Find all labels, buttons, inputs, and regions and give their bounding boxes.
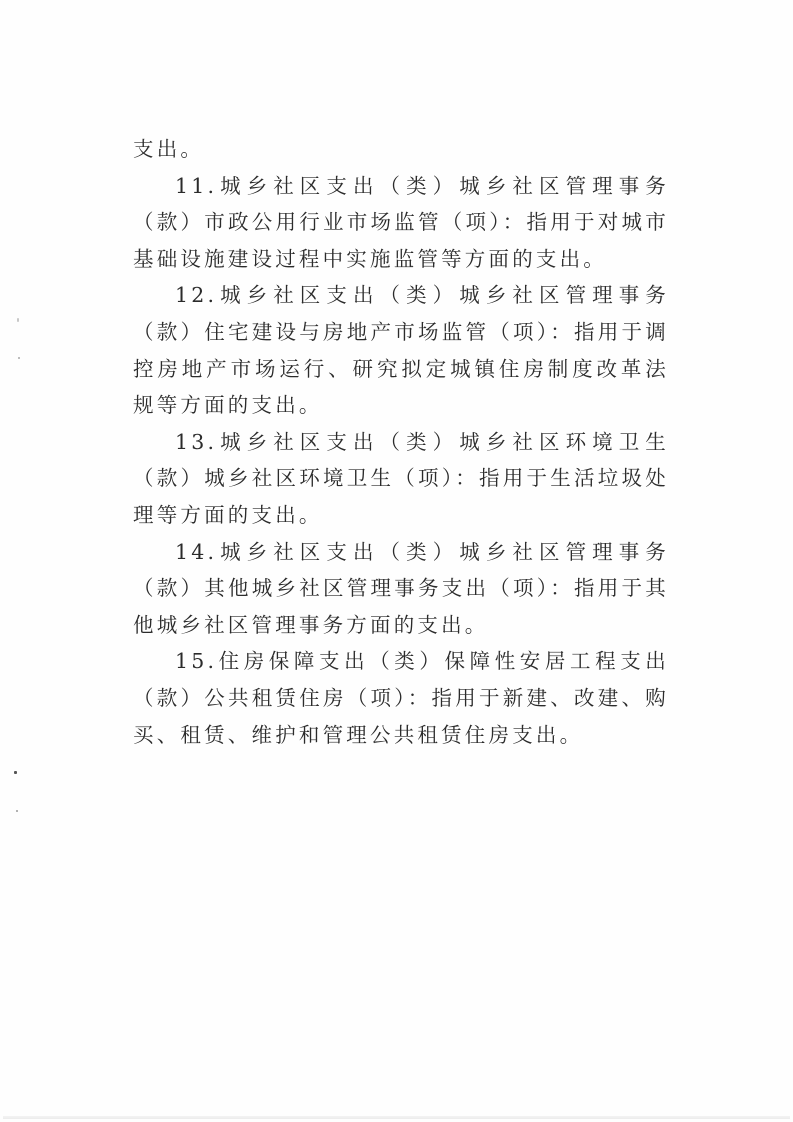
- paragraph-item-15: 15.住房保障支出（类）保障性安居工程支出（款）公共租赁住房（项）：指用于新建、…: [133, 643, 669, 753]
- paragraph-item-11: 11.城乡社区支出（类）城乡社区管理事务（款）市政公用行业市场监管（项）：指用于…: [133, 168, 669, 278]
- document-body: 支出。 11.城乡社区支出（类）城乡社区管理事务（款）市政公用行业市场监管（项）…: [133, 131, 669, 753]
- scan-speck: [14, 771, 17, 774]
- scan-speck: [18, 357, 20, 359]
- paragraph-item-12: 12.城乡社区支出（类）城乡社区管理事务（款）住宅建设与房地产市场监管（项）：指…: [133, 277, 669, 423]
- scanned-page: 支出。 11.城乡社区支出（类）城乡社区管理事务（款）市政公用行业市场监管（项）…: [0, 0, 793, 1122]
- paragraph-item-14: 14.城乡社区支出（类）城乡社区管理事务（款）其他城乡社区管理事务支出（项）：指…: [133, 534, 669, 644]
- page-bottom-edge: [3, 1116, 790, 1119]
- paragraph-continuation: 支出。: [133, 131, 669, 168]
- paragraph-item-13: 13.城乡社区支出（类）城乡社区环境卫生（款）城乡社区环境卫生（项）：指用于生活…: [133, 424, 669, 534]
- scan-speck: [17, 318, 19, 322]
- scan-speck: [16, 810, 18, 812]
